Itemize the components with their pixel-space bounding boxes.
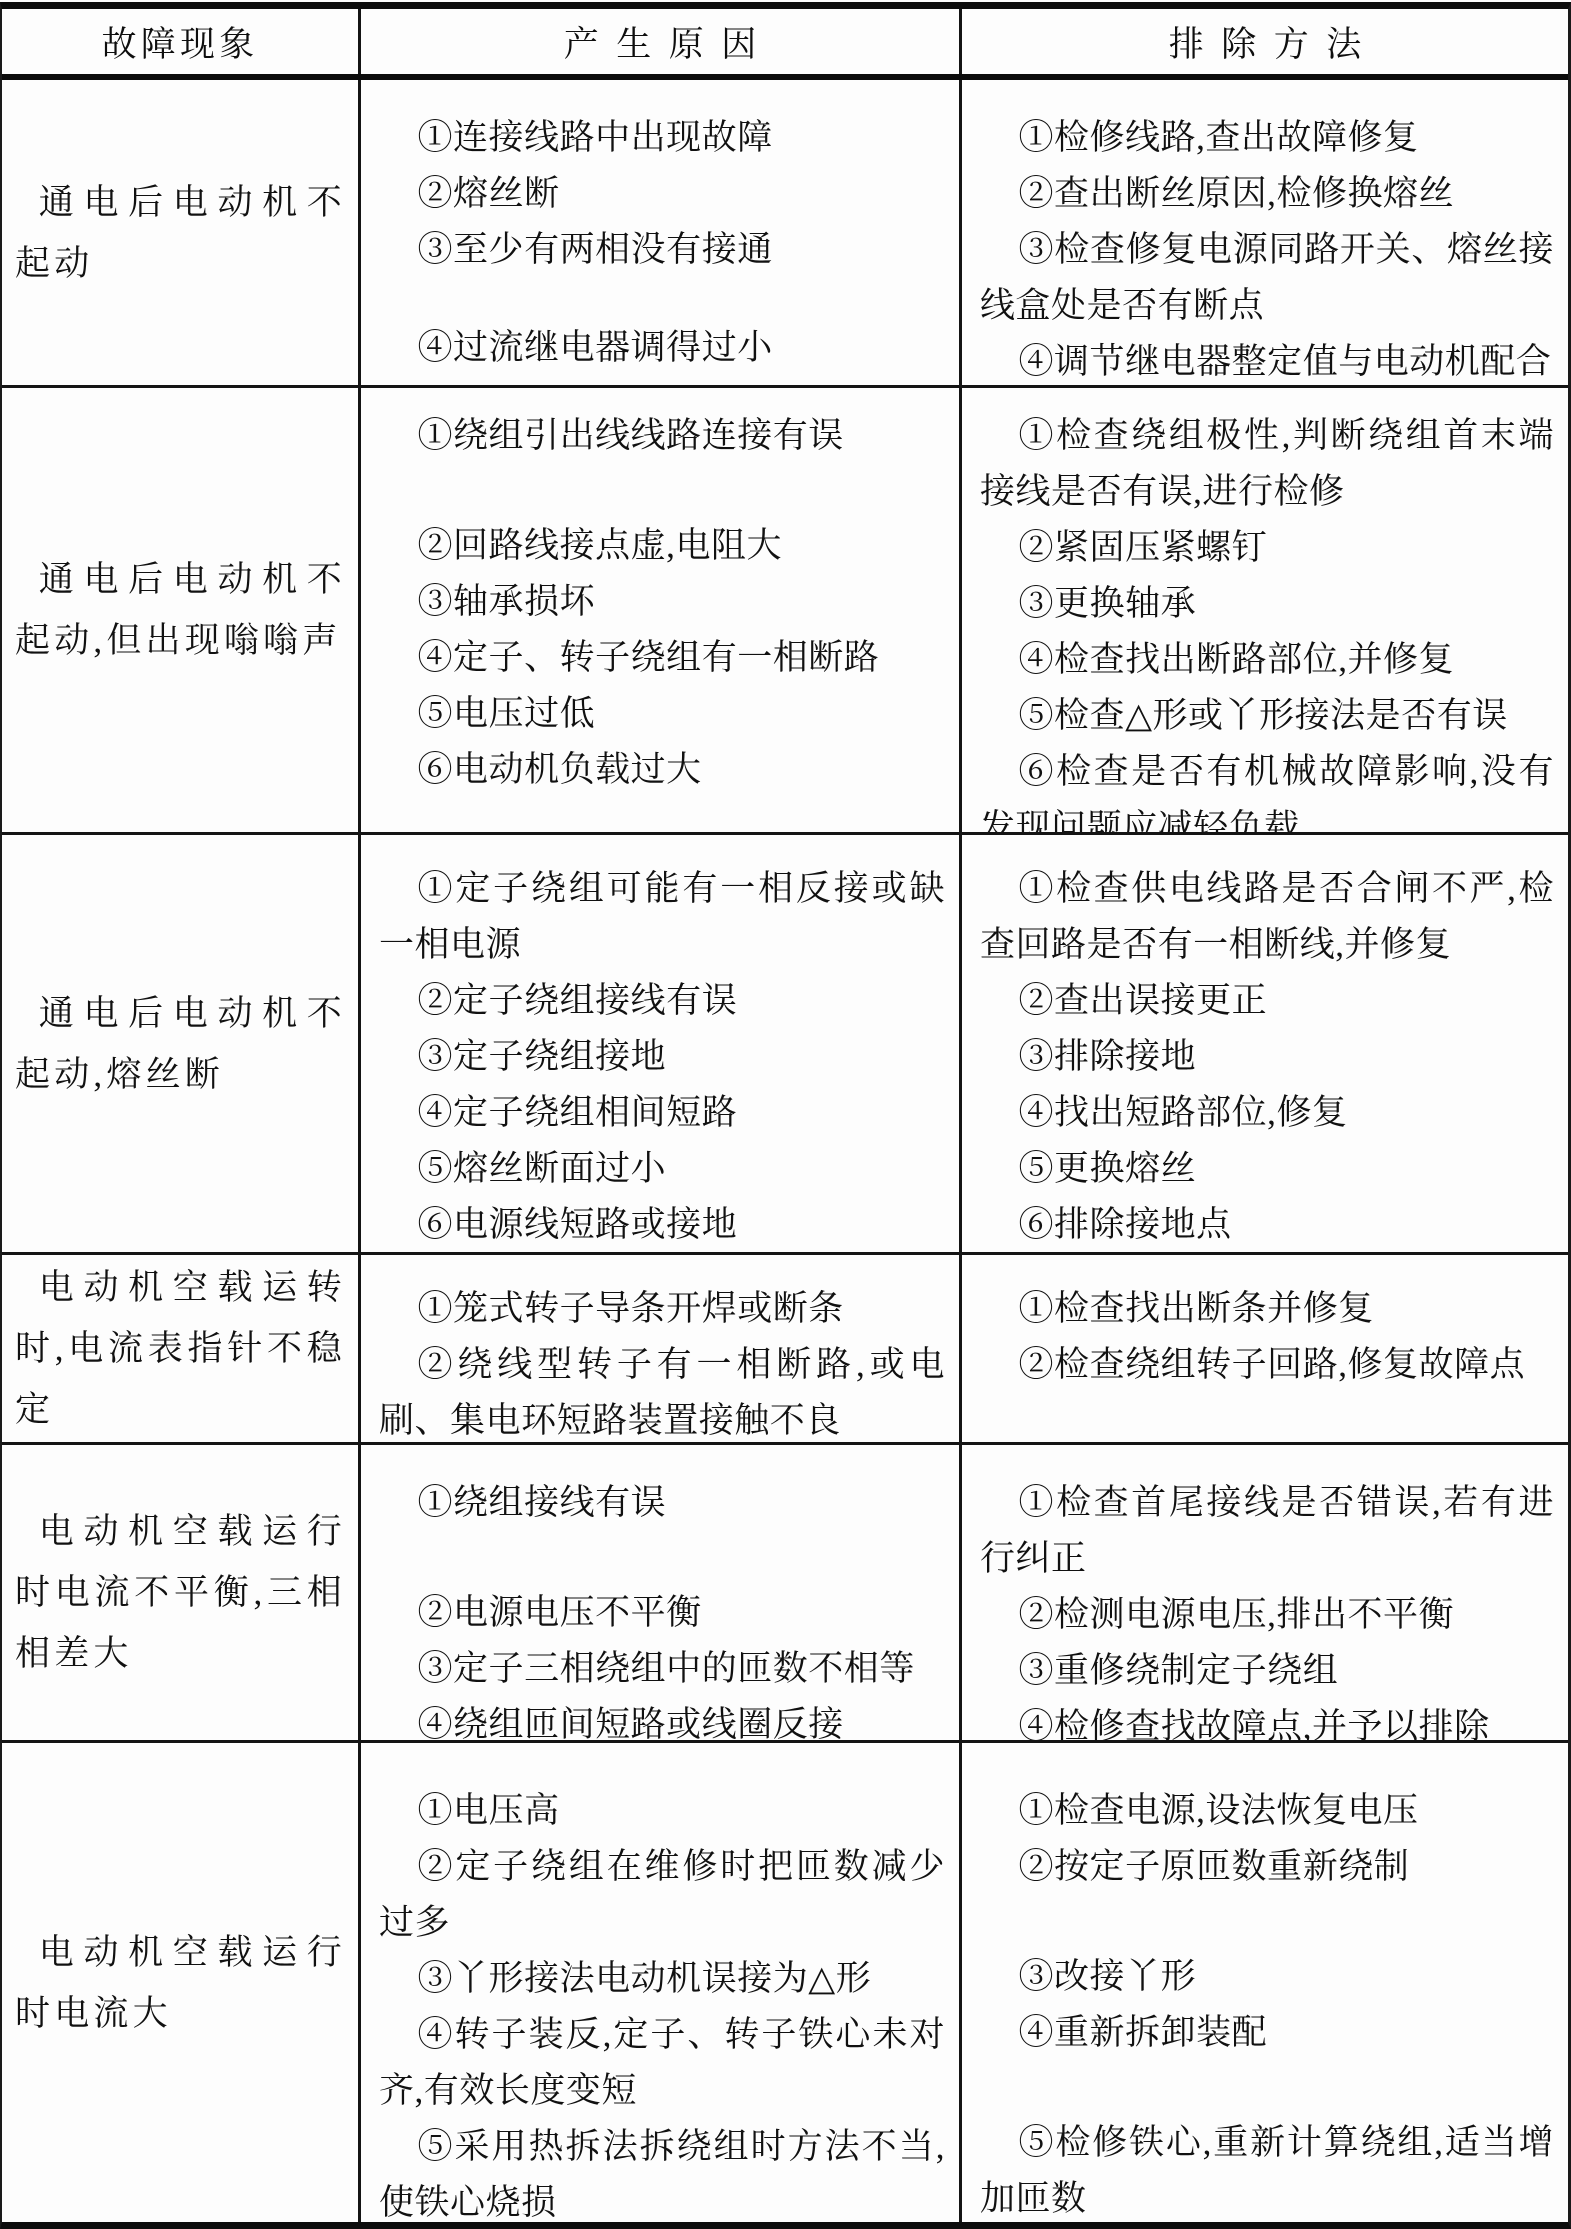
remedy-item: ④检查找出断路部位,并修复 (980, 632, 1554, 688)
cause-item: ④过流继电器调得过小 (379, 320, 945, 376)
remedy-item: ②查出断丝原因,检修换熔丝 (980, 166, 1554, 222)
fault-table: 故障现象 产生原因 排除方法 通电后电动机不起动 ①连接线路中出现故障 ②熔丝断… (0, 2, 1571, 2229)
col-header-remedy: 排除方法 (959, 9, 1568, 74)
remedies-cell: ①检查供电线路是否合闸不严,检查回路是否有一相断线,并修复 ②查出误接更正 ③排… (959, 835, 1568, 1252)
remedy-item: ⑥排除接地点 (980, 1197, 1554, 1252)
phenomenon-text: 电动机空载运行时电流大 (2, 1922, 358, 2044)
remedy-item: ②按定子原匝数重新绕制 (980, 1839, 1554, 1895)
scanned-document-page: 故障现象 产生原因 排除方法 通电后电动机不起动 ①连接线路中出现故障 ②熔丝断… (0, 0, 1571, 2213)
remedies-cell: ①检查找出断条并修复 ②检查绕组转子回路,修复故障点 (959, 1255, 1568, 1442)
remedy-item: ⑤检查△形或丫形接法是否有误 (980, 688, 1554, 744)
cause-item: ①连接线路中出现故障 (379, 110, 945, 166)
remedies-cell: ①检修线路,查出故障修复 ②查出断丝原因,检修换熔丝 ③检查修复电源同路开关、熔… (959, 80, 1568, 385)
phenomenon-text: 通电后电动机不起动 (2, 172, 358, 294)
remedy-item: ④调节继电器整定值与电动机配合 (980, 334, 1554, 385)
phenomenon-cell: 电动机空载运转时,电流表指针不稳定 (2, 1255, 358, 1442)
cause-item: ③定子绕组接地 (379, 1029, 945, 1085)
remedy-item: ①检查供电线路是否合闸不严,检查回路是否有一相断线,并修复 (980, 861, 1554, 973)
phenomenon-text: 电动机空载运转时,电流表指针不稳定 (2, 1257, 358, 1440)
cause-item: ③定子三相绕组中的匝数不相等 (379, 1641, 945, 1697)
table-row: 电动机空载运行时电流大 ①电压高 ②定子绕组在维修时把匝数减少过多 ③丫形接法电… (2, 1740, 1568, 2222)
phenomenon-cell: 电动机空载运行时电流不平衡,三相相差大 (2, 1445, 358, 1740)
cause-item: ③轴承损坏 (379, 574, 945, 630)
table-row: 通电后电动机不起动 ①连接线路中出现故障 ②熔丝断 ③至少有两相没有接通 ④过流… (2, 80, 1568, 385)
causes-cell: ①绕组接线有误 ②电源电压不平衡 ③定子三相绕组中的匝数不相等 ④绕组匝间短路或… (358, 1445, 959, 1740)
cause-item: ⑤熔丝断面过小 (379, 1141, 945, 1197)
phenomenon-text: 电动机空载运行时电流不平衡,三相相差大 (2, 1501, 358, 1684)
table-row: 电动机空载运转时,电流表指针不稳定 ①笼式转子导条开焊或断条 ②绕线型转子有一相… (2, 1252, 1568, 1442)
remedy-item: ③检查修复电源同路开关、熔丝接线盒处是否有断点 (980, 222, 1554, 334)
remedy-item: ②检测电源电压,排出不平衡 (980, 1587, 1554, 1643)
remedy-item: ⑤更换熔丝 (980, 1141, 1554, 1197)
cause-item: ②绕线型转子有一相断路,或电刷、集电环短路装置接触不良 (379, 1337, 945, 1442)
cause-item: ④定子绕组相间短路 (379, 1085, 945, 1141)
remedy-item: ④检修查找故障点,并予以排除 (980, 1699, 1554, 1740)
col-header-phenomenon: 故障现象 (2, 9, 358, 74)
remedy-item: ④重新拆卸装配 (980, 2005, 1554, 2061)
table-header-row: 故障现象 产生原因 排除方法 (2, 9, 1568, 80)
remedy-item: ②紧固压紧螺钉 (980, 520, 1554, 576)
cause-item: ⑤采用热拆法拆绕组时方法不当,使铁心烧损 (379, 2119, 945, 2222)
table-row: 电动机空载运行时电流不平衡,三相相差大 ①绕组接线有误 ②电源电压不平衡 ③定子… (2, 1442, 1568, 1740)
causes-cell: ①定子绕组可能有一相反接或缺一相电源 ②定子绕组接线有误 ③定子绕组接地 ④定子… (358, 835, 959, 1252)
remedy-item: ①检修线路,查出故障修复 (980, 110, 1554, 166)
remedy-item: ③改接丫形 (980, 1949, 1554, 2005)
cause-item: ④定子、转子绕组有一相断路 (379, 630, 945, 686)
cause-item: ③至少有两相没有接通 (379, 222, 945, 278)
cause-item: ①绕组接线有误 (379, 1475, 945, 1531)
cause-item: ②定子绕组在维修时把匝数减少过多 (379, 1839, 945, 1951)
remedy-item: ②查出误接更正 (980, 973, 1554, 1029)
cause-item: ⑤电压过低 (379, 686, 945, 742)
remedies-cell: ①检查电源,设法恢复电压 ②按定子原匝数重新绕制 ③改接丫形 ④重新拆卸装配 ⑤… (959, 1743, 1568, 2222)
remedy-item: ①检查绕组极性,判断绕组首末端接线是否有误,进行检修 (980, 408, 1554, 520)
remedy-item: ③重修绕制定子绕组 (980, 1643, 1554, 1699)
cause-item: ②定子绕组接线有误 (379, 973, 945, 1029)
cause-item: ①绕组引出线线路连接有误 (379, 408, 945, 464)
causes-cell: ①笼式转子导条开焊或断条 ②绕线型转子有一相断路,或电刷、集电环短路装置接触不良 (358, 1255, 959, 1442)
remedy-item: ④找出短路部位,修复 (980, 1085, 1554, 1141)
cause-item: ④转子装反,定子、转子铁心未对齐,有效长度变短 (379, 2007, 945, 2119)
causes-cell: ①绕组引出线线路连接有误 ②回路线接点虚,电阻大 ③轴承损坏 ④定子、转子绕组有… (358, 388, 959, 832)
col-header-cause: 产生原因 (358, 9, 959, 74)
remedy-item: ⑥检查是否有机械故障影响,没有发现问题应减轻负载 (980, 744, 1554, 832)
phenomenon-cell: 通电后电动机不起动 (2, 80, 358, 385)
cause-item: ①笼式转子导条开焊或断条 (379, 1281, 945, 1337)
remedies-cell: ①检查绕组极性,判断绕组首末端接线是否有误,进行检修 ②紧固压紧螺钉 ③更换轴承… (959, 388, 1568, 832)
phenomenon-cell: 电动机空载运行时电流大 (2, 1743, 358, 2222)
table-row: 通电后电动机不起动,熔丝断 ①定子绕组可能有一相反接或缺一相电源 ②定子绕组接线… (2, 832, 1568, 1252)
cause-item: ②回路线接点虚,电阻大 (379, 518, 945, 574)
causes-cell: ①电压高 ②定子绕组在维修时把匝数减少过多 ③丫形接法电动机误接为△形 ④转子装… (358, 1743, 959, 2222)
table-row: 通电后电动机不起动,但出现嗡嗡声 ①绕组引出线线路连接有误 ②回路线接点虚,电阻… (2, 385, 1568, 832)
cause-item: ①定子绕组可能有一相反接或缺一相电源 (379, 861, 945, 973)
cause-item: ②熔丝断 (379, 166, 945, 222)
cause-item: ⑥电动机负载过大 (379, 742, 945, 798)
remedies-cell: ①检查首尾接线是否错误,若有进行纠正 ②检测电源电压,排出不平衡 ③重修绕制定子… (959, 1445, 1568, 1740)
phenomenon-text: 通电后电动机不起动,但出现嗡嗡声 (2, 549, 358, 671)
causes-cell: ①连接线路中出现故障 ②熔丝断 ③至少有两相没有接通 ④过流继电器调得过小 (358, 80, 959, 385)
remedy-item: ③排除接地 (980, 1029, 1554, 1085)
remedy-item: ③更换轴承 (980, 576, 1554, 632)
cause-item: ④绕组匝间短路或线圈反接 (379, 1697, 945, 1740)
phenomenon-cell: 通电后电动机不起动,但出现嗡嗡声 (2, 388, 358, 832)
remedy-item: ①检查电源,设法恢复电压 (980, 1783, 1554, 1839)
remedy-item: ⑤检修铁心,重新计算绕组,适当增加匝数 (980, 2115, 1554, 2222)
cause-item: ⑥电源线短路或接地 (379, 1197, 945, 1252)
remedy-item: ①检查找出断条并修复 (980, 1281, 1554, 1337)
remedy-item: ①检查首尾接线是否错误,若有进行纠正 (980, 1475, 1554, 1587)
cause-item: ②电源电压不平衡 (379, 1585, 945, 1641)
phenomenon-cell: 通电后电动机不起动,熔丝断 (2, 835, 358, 1252)
cause-item: ①电压高 (379, 1783, 945, 1839)
phenomenon-text: 通电后电动机不起动,熔丝断 (2, 983, 358, 1105)
remedy-item: ②检查绕组转子回路,修复故障点 (980, 1337, 1554, 1393)
cause-item: ③丫形接法电动机误接为△形 (379, 1951, 945, 2007)
